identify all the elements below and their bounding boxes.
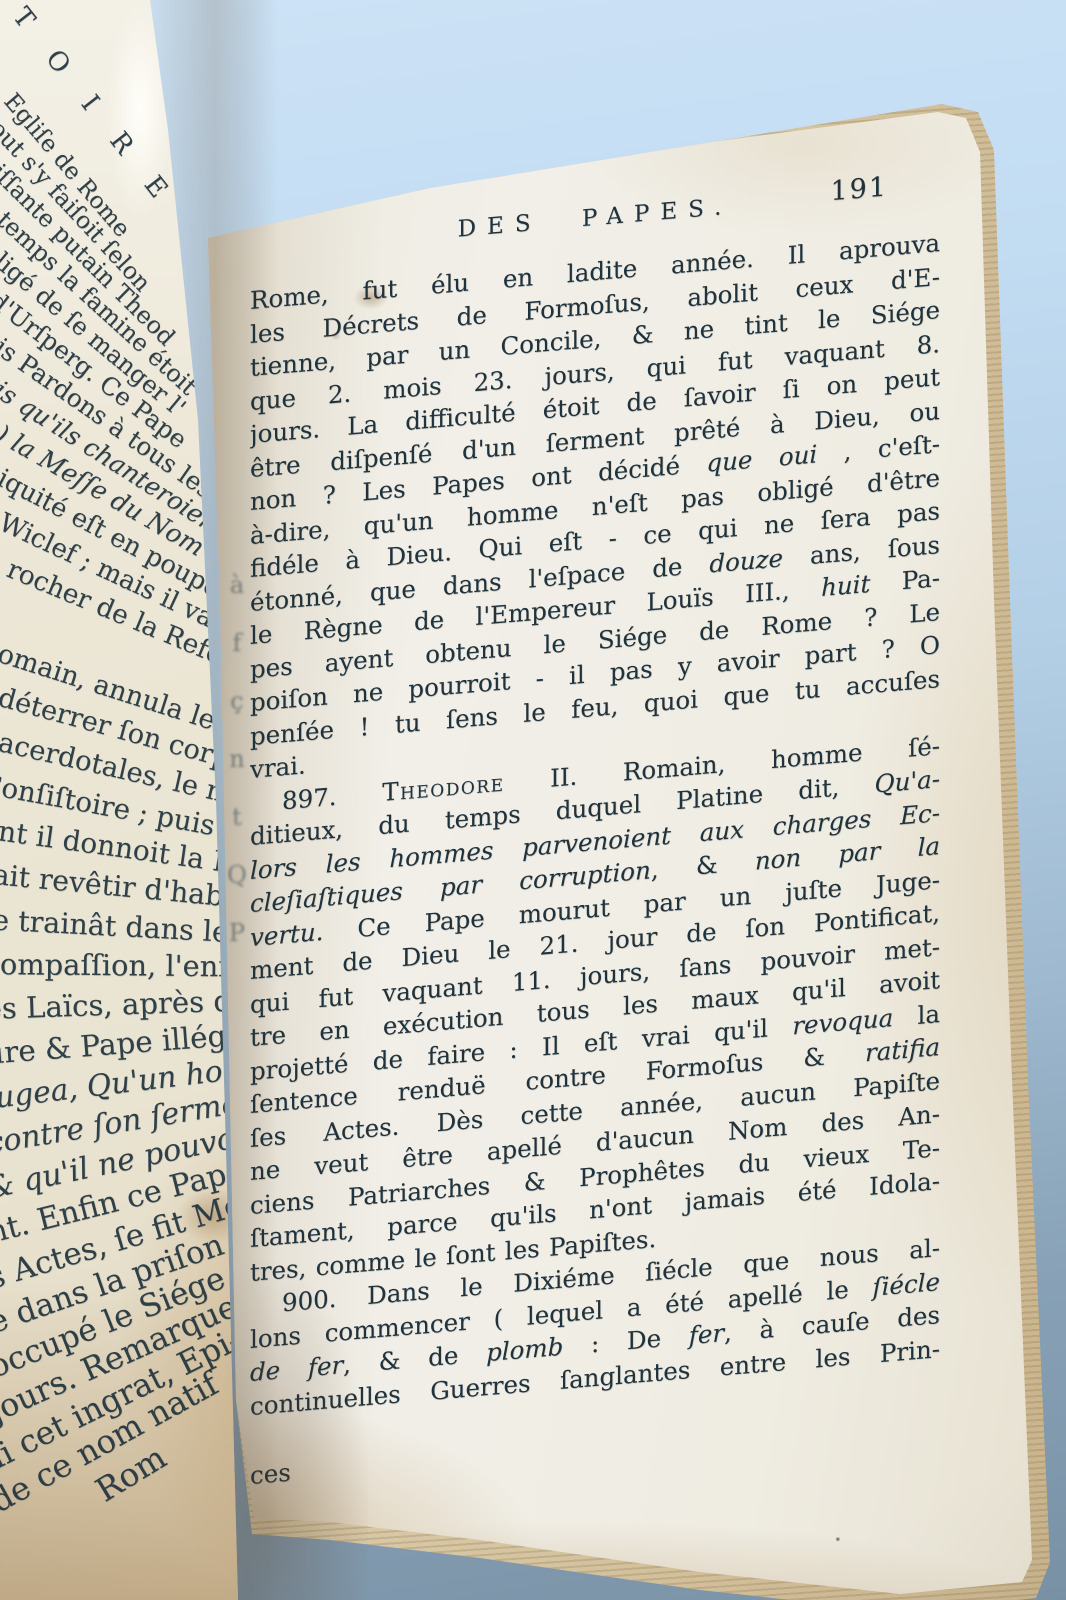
text-segment: huit <box>821 569 870 602</box>
text-segment: Qu'a- <box>875 764 941 799</box>
page-text-block: DES PAPES. 191 Rome, fut élu en ladite a… <box>250 172 940 1492</box>
gutter-glyph: f <box>220 614 254 672</box>
gutter-glyph: n <box>220 730 254 788</box>
gutter-glyph: t <box>220 788 254 846</box>
gutter-glyph: ç <box>220 672 254 730</box>
body-lines: Rome, fut élu en ladite année. Il aprouv… <box>250 226 940 1423</box>
book-photo: DES PAPES. 191 Rome, fut élu en ladite a… <box>0 0 1066 1600</box>
text-segment: plomb <box>486 1332 563 1367</box>
text-segment: ſiécle <box>873 1267 940 1302</box>
text-segment: , & <box>651 847 755 885</box>
text-segment: vertu. <box>250 916 323 951</box>
text-segment: Pa- <box>870 563 940 598</box>
left-page-text-fragment: compaſſion, l'enſe- <box>0 947 256 984</box>
page-number: 191 <box>830 170 888 209</box>
text-segment: de fer <box>250 1350 343 1387</box>
gutter-glyph: à <box>220 556 254 614</box>
gutter-glyphs: àfçntQP <box>220 556 254 962</box>
catchword: ces <box>250 1401 940 1492</box>
gutter-glyph: Q <box>220 846 254 904</box>
text-segment: fer <box>689 1318 724 1350</box>
text-segment: ratifia <box>865 1032 940 1067</box>
gutter-glyph: P <box>220 904 254 962</box>
text-segment: la <box>893 999 940 1032</box>
text-segment: vrai. <box>250 750 306 784</box>
text-segment: douze <box>709 543 783 578</box>
